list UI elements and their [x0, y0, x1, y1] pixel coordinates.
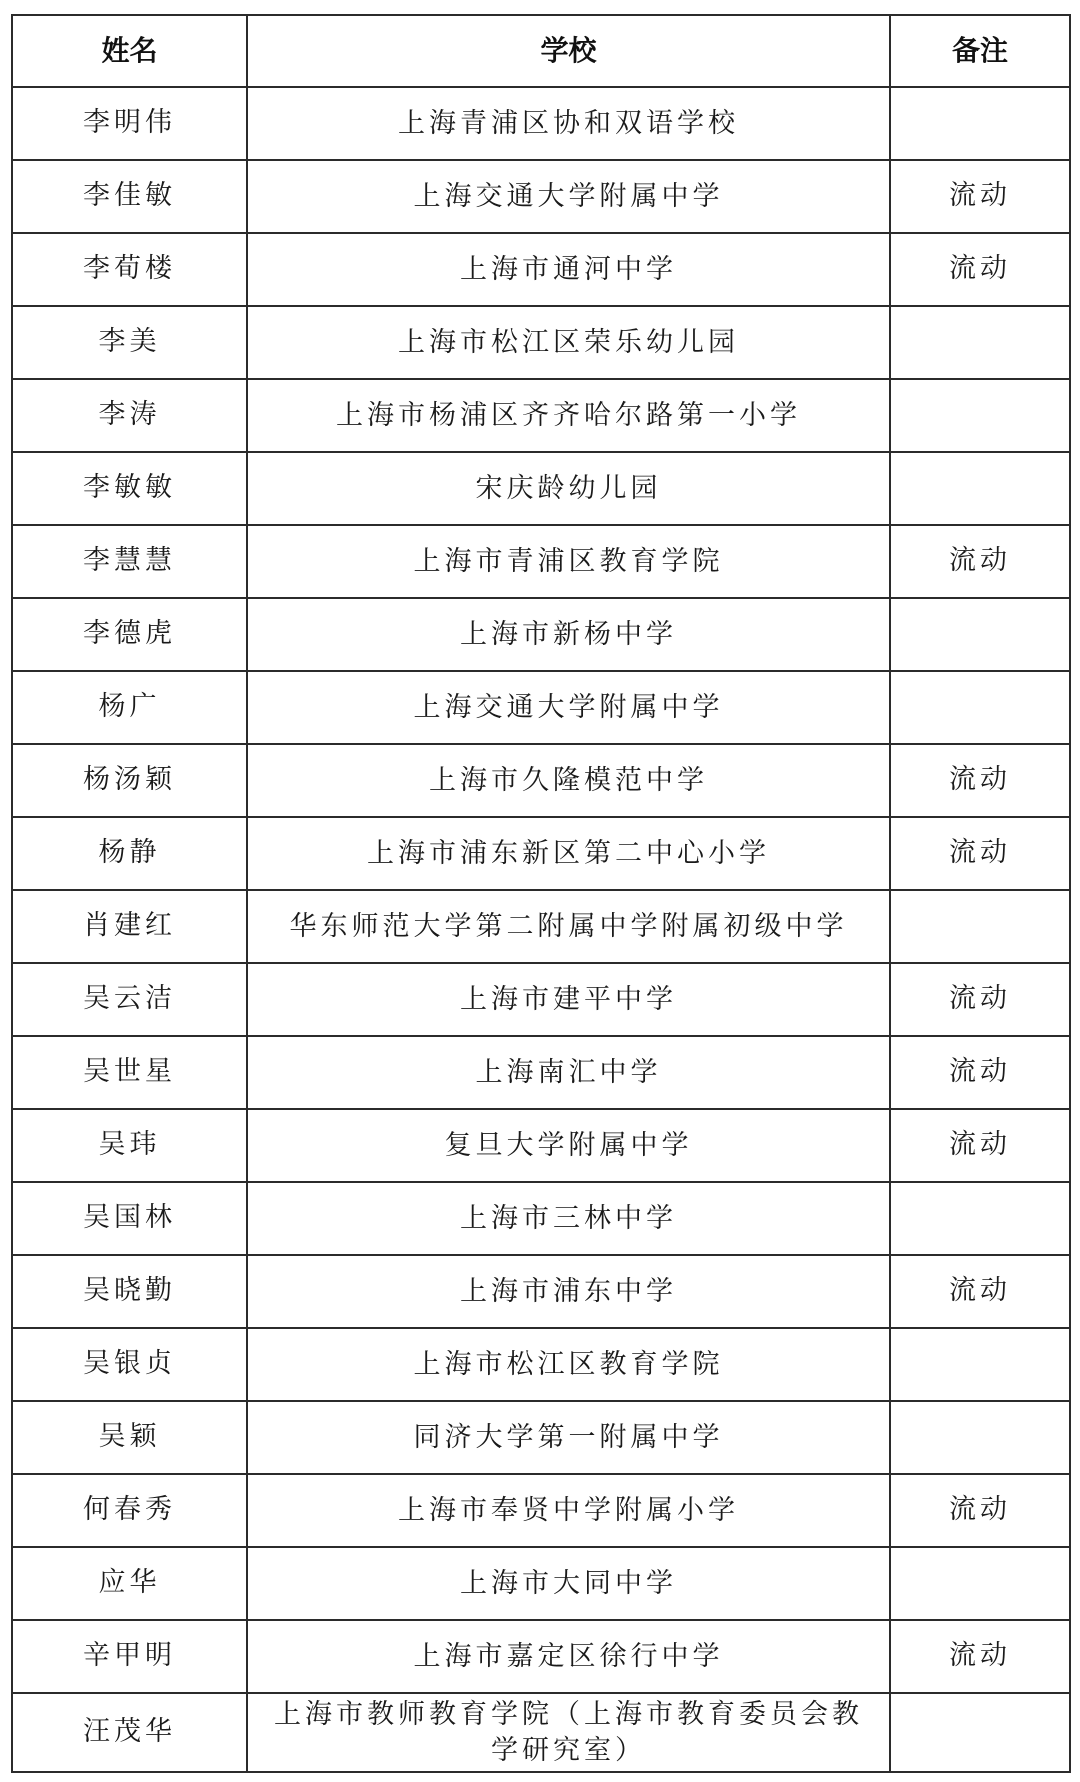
- note-cell: [890, 306, 1070, 379]
- note-cell: [890, 1401, 1070, 1474]
- table-row: 杨广上海交通大学附属中学: [12, 671, 1070, 744]
- note-cell: 流动: [890, 1036, 1070, 1109]
- school-cell: 上海市久隆模范中学: [247, 744, 890, 817]
- name-cell: 杨汤颖: [12, 744, 247, 817]
- note-cell: [890, 598, 1070, 671]
- school-cell: 上海市建平中学: [247, 963, 890, 1036]
- table-row: 李明伟上海青浦区协和双语学校: [12, 87, 1070, 160]
- school-cell: 上海青浦区协和双语学校: [247, 87, 890, 160]
- name-cell: 何春秀: [12, 1474, 247, 1547]
- note-cell: [890, 379, 1070, 452]
- note-cell: 流动: [890, 160, 1070, 233]
- header-row: 姓名 学校 备注: [12, 15, 1070, 87]
- header-school: 学校: [247, 15, 890, 87]
- name-cell: 辛甲明: [12, 1620, 247, 1693]
- name-cell: 汪茂华: [12, 1693, 247, 1772]
- school-cell: 上海市杨浦区齐齐哈尔路第一小学: [247, 379, 890, 452]
- table-row: 杨汤颖上海市久隆模范中学流动: [12, 744, 1070, 817]
- name-cell: 应华: [12, 1547, 247, 1620]
- note-cell: [890, 87, 1070, 160]
- school-cell: 复旦大学附属中学: [247, 1109, 890, 1182]
- note-cell: [890, 1182, 1070, 1255]
- name-cell: 吴世星: [12, 1036, 247, 1109]
- name-cell: 吴银贞: [12, 1328, 247, 1401]
- note-cell: [890, 452, 1070, 525]
- school-cell: 上海南汇中学: [247, 1036, 890, 1109]
- header-note: 备注: [890, 15, 1070, 87]
- table-row: 李荀楼上海市通河中学流动: [12, 233, 1070, 306]
- school-cell: 上海市浦东中学: [247, 1255, 890, 1328]
- note-cell: 流动: [890, 817, 1070, 890]
- table-row: 吴云洁上海市建平中学流动: [12, 963, 1070, 1036]
- name-cell: 杨静: [12, 817, 247, 890]
- name-cell: 吴晓勤: [12, 1255, 247, 1328]
- table-row: 辛甲明上海市嘉定区徐行中学流动: [12, 1620, 1070, 1693]
- name-cell: 吴玮: [12, 1109, 247, 1182]
- table-header: 姓名 学校 备注: [12, 15, 1070, 87]
- school-cell: 上海市松江区教育学院: [247, 1328, 890, 1401]
- school-cell: 上海市大同中学: [247, 1547, 890, 1620]
- school-cell: 上海市松江区荣乐幼儿园: [247, 306, 890, 379]
- school-cell: 上海市三林中学: [247, 1182, 890, 1255]
- note-cell: 流动: [890, 1109, 1070, 1182]
- school-cell: 上海市奉贤中学附属小学: [247, 1474, 890, 1547]
- table-row: 李敏敏宋庆龄幼儿园: [12, 452, 1070, 525]
- table-row: 李德虎上海市新杨中学: [12, 598, 1070, 671]
- note-cell: [890, 1693, 1070, 1772]
- note-cell: 流动: [890, 1255, 1070, 1328]
- header-name: 姓名: [12, 15, 247, 87]
- school-cell: 上海市嘉定区徐行中学: [247, 1620, 890, 1693]
- table-row: 应华上海市大同中学: [12, 1547, 1070, 1620]
- name-cell: 李美: [12, 306, 247, 379]
- table-row: 吴银贞上海市松江区教育学院: [12, 1328, 1070, 1401]
- school-cell: 宋庆龄幼儿园: [247, 452, 890, 525]
- school-cell: 上海交通大学附属中学: [247, 160, 890, 233]
- name-cell: 李德虎: [12, 598, 247, 671]
- name-cell: 李明伟: [12, 87, 247, 160]
- table-row: 吴玮复旦大学附属中学流动: [12, 1109, 1070, 1182]
- school-cell: 上海市青浦区教育学院: [247, 525, 890, 598]
- note-cell: [890, 671, 1070, 744]
- table-row: 杨静上海市浦东新区第二中心小学流动: [12, 817, 1070, 890]
- name-cell: 肖建红: [12, 890, 247, 963]
- name-cell: 李敏敏: [12, 452, 247, 525]
- school-cell: 同济大学第一附属中学: [247, 1401, 890, 1474]
- note-cell: 流动: [890, 963, 1070, 1036]
- name-cell: 李佳敏: [12, 160, 247, 233]
- note-cell: 流动: [890, 1620, 1070, 1693]
- name-cell: 吴国林: [12, 1182, 247, 1255]
- name-cell: 吴颖: [12, 1401, 247, 1474]
- table-row: 汪茂华上海市教师教育学院（上海市教育委员会教学研究室）: [12, 1693, 1070, 1772]
- note-cell: [890, 890, 1070, 963]
- school-cell: 上海市教师教育学院（上海市教育委员会教学研究室）: [247, 1693, 890, 1772]
- school-cell: 上海交通大学附属中学: [247, 671, 890, 744]
- school-cell: 上海市浦东新区第二中心小学: [247, 817, 890, 890]
- note-cell: 流动: [890, 233, 1070, 306]
- name-cell: 李荀楼: [12, 233, 247, 306]
- note-cell: 流动: [890, 1474, 1070, 1547]
- table-body: 李明伟上海青浦区协和双语学校 李佳敏上海交通大学附属中学流动 李荀楼上海市通河中…: [12, 87, 1070, 1772]
- table-row: 李慧慧上海市青浦区教育学院流动: [12, 525, 1070, 598]
- table-row: 何春秀上海市奉贤中学附属小学流动: [12, 1474, 1070, 1547]
- table-row: 吴世星上海南汇中学流动: [12, 1036, 1070, 1109]
- school-cell: 上海市通河中学: [247, 233, 890, 306]
- note-cell: 流动: [890, 744, 1070, 817]
- school-cell: 上海市新杨中学: [247, 598, 890, 671]
- table-row: 吴晓勤上海市浦东中学流动: [12, 1255, 1070, 1328]
- table-row: 李美上海市松江区荣乐幼儿园: [12, 306, 1070, 379]
- table-row: 李涛上海市杨浦区齐齐哈尔路第一小学: [12, 379, 1070, 452]
- note-cell: [890, 1547, 1070, 1620]
- table-row: 李佳敏上海交通大学附属中学流动: [12, 160, 1070, 233]
- note-cell: [890, 1328, 1070, 1401]
- name-cell: 李涛: [12, 379, 247, 452]
- name-cell: 杨广: [12, 671, 247, 744]
- table-row: 吴颖同济大学第一附属中学: [12, 1401, 1070, 1474]
- table-row: 肖建红华东师范大学第二附属中学附属初级中学: [12, 890, 1070, 963]
- table-row: 吴国林上海市三林中学: [12, 1182, 1070, 1255]
- teacher-school-table: 姓名 学校 备注 李明伟上海青浦区协和双语学校 李佳敏上海交通大学附属中学流动 …: [11, 14, 1071, 1773]
- note-cell: 流动: [890, 525, 1070, 598]
- name-cell: 李慧慧: [12, 525, 247, 598]
- name-cell: 吴云洁: [12, 963, 247, 1036]
- school-cell: 华东师范大学第二附属中学附属初级中学: [247, 890, 890, 963]
